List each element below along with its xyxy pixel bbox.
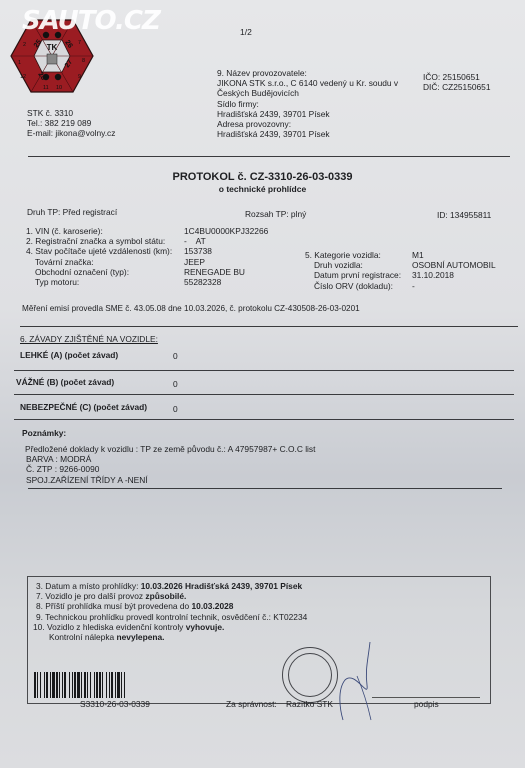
seat-label: Sídlo firmy: <box>217 99 398 109</box>
operator-name-line1: JIKONA STK s.r.o., C 6140 vedený u Kr. s… <box>217 78 398 88</box>
info-value: M1 <box>412 250 424 260</box>
premises-label: Adresa provozovny: <box>217 119 398 129</box>
defect-serious-count: 0 <box>173 379 178 389</box>
info-row: Číslo ORV (dokladu):- <box>305 281 496 291</box>
inspection-date-value: 10.03.2026 Hradišťská 2439, 39701 Písek <box>141 581 302 591</box>
svg-text:TK: TK <box>47 43 58 52</box>
info-label: Druh vozidla: <box>305 260 412 270</box>
registry-check-value: vyhovuje. <box>186 622 225 632</box>
info-label: 1. VIN (č. karoserie): <box>26 226 184 236</box>
defect-light-label: LEHKÉ (A) (počet závad) <box>20 350 118 360</box>
defect-dangerous-count: 0 <box>173 404 178 414</box>
protocol-id: ID: 134955811 <box>437 210 491 220</box>
signature-label: podpis <box>414 699 439 709</box>
info-value: 55282328 <box>184 277 221 287</box>
correctness-label: Za správnost: <box>226 699 277 709</box>
info-row: Datum první registrace:31.10.2018 <box>305 270 496 280</box>
defect-light-count: 0 <box>173 351 178 361</box>
info-label: Obchodní označení (typ): <box>26 267 184 277</box>
next-inspection-value: 10.03.2028 <box>192 601 234 611</box>
info-label: Datum první registrace: <box>305 270 412 280</box>
roadworthy-value: způsobilé. <box>145 591 186 601</box>
email: E-mail: jikona@volny.cz <box>27 128 115 138</box>
premises-value: Hradišťská 2439, 39701 Písek <box>217 129 398 139</box>
info-label: Číslo ORV (dokladu): <box>305 281 412 291</box>
svg-text:10: 10 <box>56 85 62 91</box>
protocol-title: PROTOKOL č. CZ-3310-26-03-0339 <box>0 171 525 183</box>
sticker-value: nevylepena. <box>117 632 165 642</box>
operator-heading: 9. Název provozovatele: <box>217 68 398 78</box>
emissions-note: Měření emisí provedla SME č. 43.05.08 dn… <box>22 304 360 314</box>
info-row: Tovární značka:JEEP <box>26 257 268 267</box>
info-row: Obchodní označení (typ):RENEGADE BU <box>26 267 268 277</box>
info-label: 5. Kategorie vozidla: <box>305 250 412 260</box>
note-line: Předložené doklady k vozidlu : TP ze zem… <box>25 444 315 454</box>
info-value: - <box>412 281 415 291</box>
barcode <box>34 672 218 698</box>
inspection-date-label: 3. Datum a místo prohlídky: <box>36 581 141 591</box>
roadworthy-label: 7. Vozidlo je pro další provoz <box>36 591 145 601</box>
info-label: Typ motoru: <box>26 277 184 287</box>
vehicle-info-left: 1. VIN (č. karoserie):1C4BU0000KPJ322662… <box>26 226 268 287</box>
note-line: Č. ZTP : 9266-0090 <box>25 464 315 474</box>
defect-serious-label: VÁŽNÉ (B) (počet závad) <box>16 377 114 387</box>
inspection-type: Druh TP: Před registrací <box>27 207 117 217</box>
phone: Tel.: 382 219 089 <box>27 118 91 128</box>
vehicle-info-right: 5. Kategorie vozidla:M1Druh vozidla:OSOB… <box>305 250 496 291</box>
info-row: 1. VIN (č. karoserie):1C4BU0000KPJ32266 <box>26 226 268 236</box>
defects-heading: 6. ZÁVADY ZJIŠTĚNÉ NA VOZIDLE: <box>20 334 158 344</box>
signature-line <box>372 697 480 698</box>
sticker-label: Kontrolní nálepka <box>49 632 117 642</box>
info-value: OSOBNÍ AUTOMOBIL <box>412 260 496 270</box>
page-number: 1/2 <box>240 27 252 37</box>
divider <box>14 419 514 420</box>
info-row: Typ motoru:55282328 <box>26 277 268 287</box>
svg-text:12: 12 <box>20 74 26 80</box>
registry-check-label: 10. Vozidlo z hlediska evidenční kontrol… <box>33 622 186 632</box>
watermark: SAUTO.CZ <box>22 6 160 36</box>
info-value: 1C4BU0000KPJ32266 <box>184 226 268 236</box>
info-row: 4. Stav počítače ujeté vzdálenosti (km):… <box>26 246 268 256</box>
defect-dangerous-label: NEBEZPEČNÉ (C) (počet závad) <box>20 402 147 412</box>
info-value: 153738 <box>184 246 212 256</box>
official-stamp-icon <box>282 647 338 703</box>
info-label: 4. Stav počítače ujeté vzdálenosti (km): <box>26 246 184 256</box>
barcode-text: S3310-26-03-0339 <box>80 699 150 709</box>
dic: DIČ: CZ25150651 <box>423 82 491 92</box>
note-line: BARVA : MODRÁ <box>25 454 315 464</box>
svg-text:7: 7 <box>78 40 81 46</box>
svg-text:1: 1 <box>18 60 21 66</box>
svg-text:9: 9 <box>78 74 81 80</box>
note-line: SPOJ.ZAŘÍZENÍ TŘÍDY A -NENÍ <box>25 475 315 485</box>
info-value: - AT <box>184 236 206 246</box>
technician-line: 9. Technickou prohlídku provedl kontroln… <box>36 612 307 622</box>
svg-text:2: 2 <box>23 42 26 48</box>
operator-block: 9. Název provozovatele: JIKONA STK s.r.o… <box>217 68 398 139</box>
protocol-subtitle: o technické prohlídce <box>0 184 525 194</box>
info-label: 2. Registrační značka a symbol státu: <box>26 236 184 246</box>
info-row: 2. Registrační značka a symbol státu:- A… <box>26 236 268 246</box>
ico: IČO: 25150651 <box>423 72 480 82</box>
info-value: RENEGADE BU <box>184 267 245 277</box>
divider <box>20 326 518 327</box>
next-inspection-label: 8. Příští prohlídka musí být provedena d… <box>36 601 192 611</box>
divider <box>14 394 514 395</box>
seat-value: Hradišťská 2439, 39701 Písek <box>217 109 398 119</box>
signature-icon <box>335 640 375 725</box>
notes-heading: Poznámky: <box>22 428 66 438</box>
info-row: Druh vozidla:OSOBNÍ AUTOMOBIL <box>305 260 496 270</box>
operator-name-line2: Českých Budějovicích <box>217 88 398 98</box>
summary-lines: 3. Datum a místo prohlídky: 10.03.2026 H… <box>36 581 307 642</box>
divider <box>14 370 514 371</box>
info-label: Tovární značka: <box>26 257 184 267</box>
divider <box>28 488 502 489</box>
barcode-bar <box>125 672 127 698</box>
inspection-scope: Rozsah TP: plný <box>245 209 306 219</box>
divider <box>28 156 510 157</box>
stk-number: STK č. 3310 <box>27 108 73 118</box>
notes-lines: Předložené doklady k vozidlu : TP ze zem… <box>25 444 315 485</box>
info-row: 5. Kategorie vozidla:M1 <box>305 250 496 260</box>
svg-text:8: 8 <box>82 58 85 64</box>
info-value: 31.10.2018 <box>412 270 454 280</box>
info-value: JEEP <box>184 257 205 267</box>
svg-text:11: 11 <box>43 85 49 91</box>
